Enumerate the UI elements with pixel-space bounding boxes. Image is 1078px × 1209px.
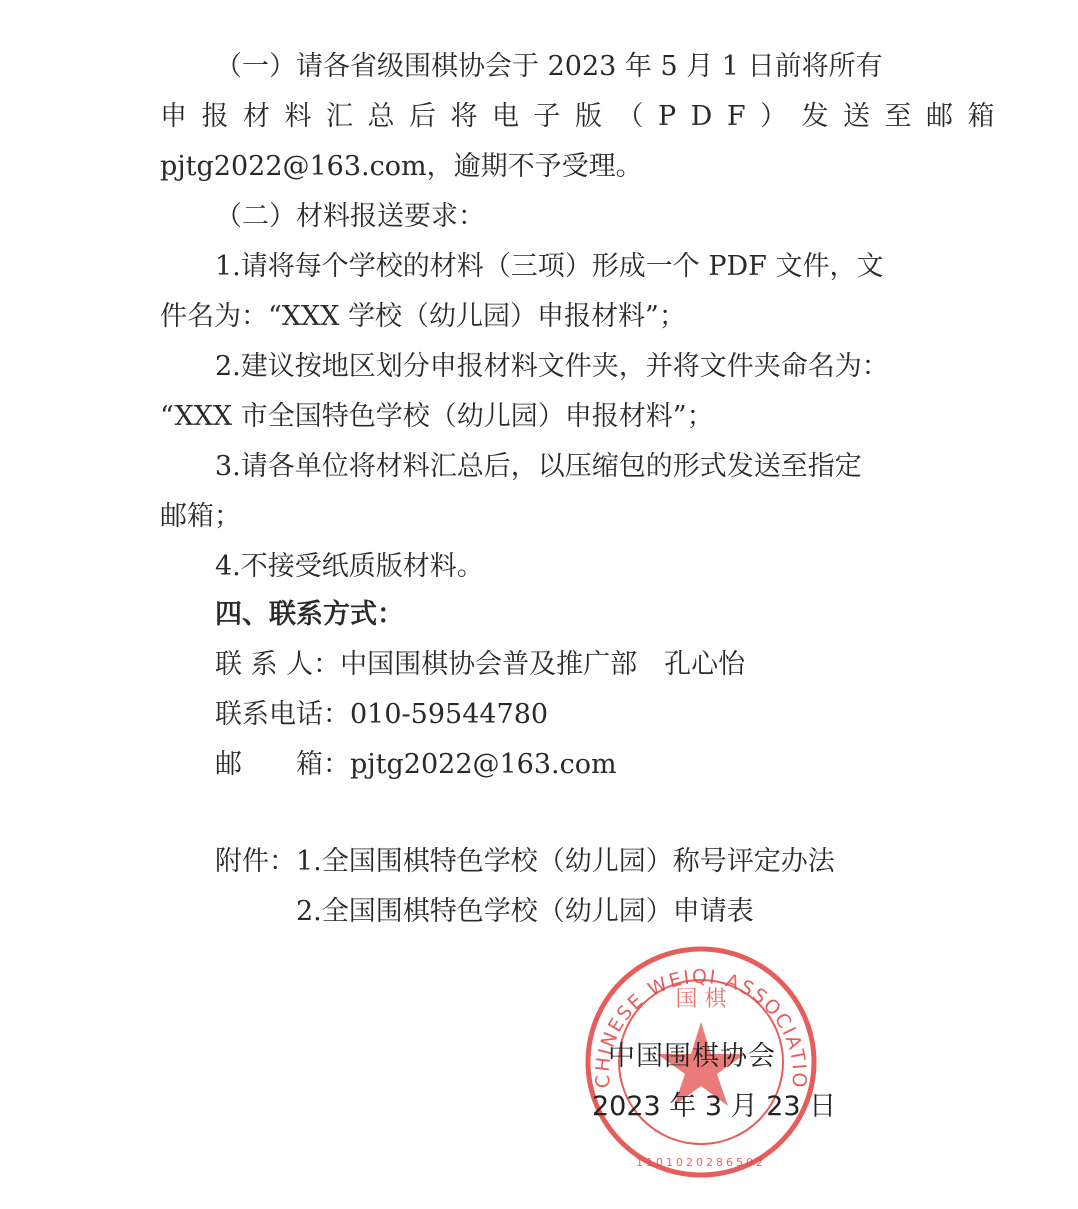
item2-heading: （二）材料报送要求： <box>215 200 485 234</box>
contact-heading: 四、联系方式： <box>215 598 404 632</box>
contact-phone-value: 010-59544780 <box>350 699 548 730</box>
item1-line2: 申报材料汇总后将电子版（PDF）发送至邮箱 <box>160 100 912 134</box>
text: （一）请各省级围棋协会于 2023 年 5 月 1 日前将所有 <box>215 50 883 84</box>
signature-date: 2023 年 3 月 23 日 <box>592 1090 836 1124</box>
contact-person: 联 系 人：中国围棋协会普及推广部 孔心怡 <box>215 648 745 682</box>
contact-person-label: 联 系 人： <box>215 649 340 680</box>
attachment-item-1: 1.全国围棋特色学校（幼儿园）称号评定办法 <box>296 846 835 877</box>
contact-phone-label: 联系电话： <box>215 699 350 730</box>
signature-org: 中国围棋协会 <box>608 1040 776 1074</box>
contact-phone: 联系电话：010-59544780 <box>215 698 548 732</box>
contact-email-label: 邮 箱： <box>215 749 350 780</box>
svg-text:国 棋: 国 棋 <box>676 987 728 1012</box>
req3-line2: 邮箱； <box>160 500 241 534</box>
attachment-2: 2.全国围棋特色学校（幼儿园）申请表 <box>296 895 754 929</box>
item1-line3: pjtg2022@163.com，逾期不予受理。 <box>160 150 643 184</box>
req2-line1: 2.建议按地区划分申报材料文件夹，并将文件夹命名为： <box>215 350 889 384</box>
item1-line1: （一）请各省级围棋协会于 2023 年 5 月 1 日前将所有 <box>215 50 912 84</box>
req1-line2: 件名为：“XXX 学校（幼儿园）申报材料”； <box>160 300 686 334</box>
req3-line1: 3.请各单位将材料汇总后，以压缩包的形式发送至指定 <box>215 450 862 484</box>
svg-text:1101020286502: 1101020286502 <box>636 1156 766 1169</box>
req4-line1: 4.不接受纸质版材料。 <box>215 550 484 584</box>
contact-person-value: 中国围棋协会普及推广部 孔心怡 <box>340 649 745 680</box>
attachment-1: 附件：1.全国围棋特色学校（幼儿园）称号评定办法 <box>215 845 835 879</box>
contact-email-value[interactable]: pjtg2022@163.com <box>350 749 617 780</box>
contact-email: 邮 箱：pjtg2022@163.com <box>215 748 617 782</box>
req2-line2: “XXX 市全国特色学校（幼儿园）申报材料”； <box>160 400 714 434</box>
attachments-label: 附件： <box>215 846 296 877</box>
req1-line1: 1.请将每个学校的材料（三项）形成一个 PDF 文件，文 <box>215 250 883 284</box>
